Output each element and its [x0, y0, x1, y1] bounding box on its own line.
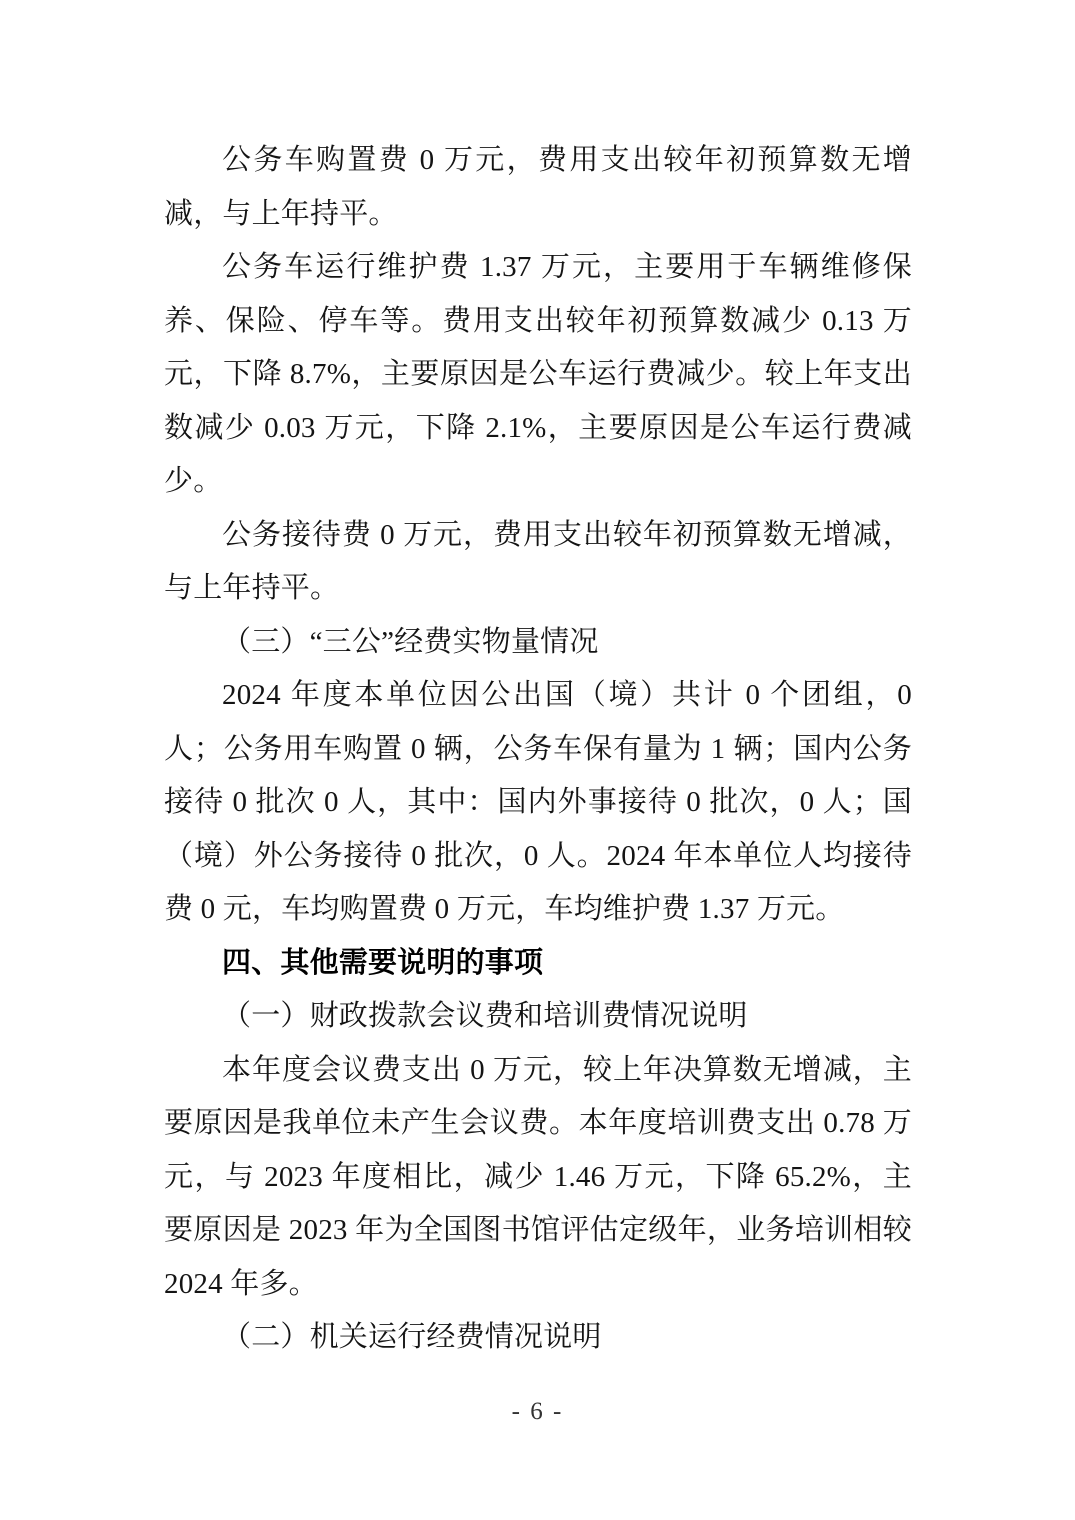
paragraph-official-car-purchase-fee: 公务车购置费 0 万元，费用支出较年初预算数无增减，与上年持平。: [164, 134, 912, 241]
subheading-agency-operating-expenses-note: （二）机关运行经费情况说明: [164, 1311, 912, 1365]
page-number: - 6 -: [0, 1396, 1075, 1428]
paragraph-physical-quantity-details: 2024 年度本单位因公出国（境）共计 0 个团组，0 人；公务用车购置 0 辆…: [164, 669, 912, 937]
paragraph-official-reception-fee: 公务接待费 0 万元，费用支出较年初预算数无增减，与上年持平。: [164, 509, 912, 616]
subheading-meeting-and-training-fee-note: （一）财政拨款会议费和培训费情况说明: [164, 990, 912, 1044]
paragraph-meeting-and-training-fee-details: 本年度会议费支出 0 万元，较上年决算数无增减，主要原因是我单位未产生会议费。本…: [164, 1044, 912, 1312]
paragraph-official-car-operation-maintenance-fee: 公务车运行维护费 1.37 万元，主要用于车辆维修保养、保险、停车等。费用支出较…: [164, 241, 912, 509]
heading-section-four-other-matters: 四、其他需要说明的事项: [164, 937, 912, 991]
subheading-three-public-expenses-physical-quantity: （三）“三公”经费实物量情况: [164, 616, 912, 670]
document-page: 公务车购置费 0 万元，费用支出较年初预算数无增减，与上年持平。 公务车运行维护…: [0, 0, 1075, 1520]
document-body: 公务车购置费 0 万元，费用支出较年初预算数无增减，与上年持平。 公务车运行维护…: [164, 134, 912, 1365]
